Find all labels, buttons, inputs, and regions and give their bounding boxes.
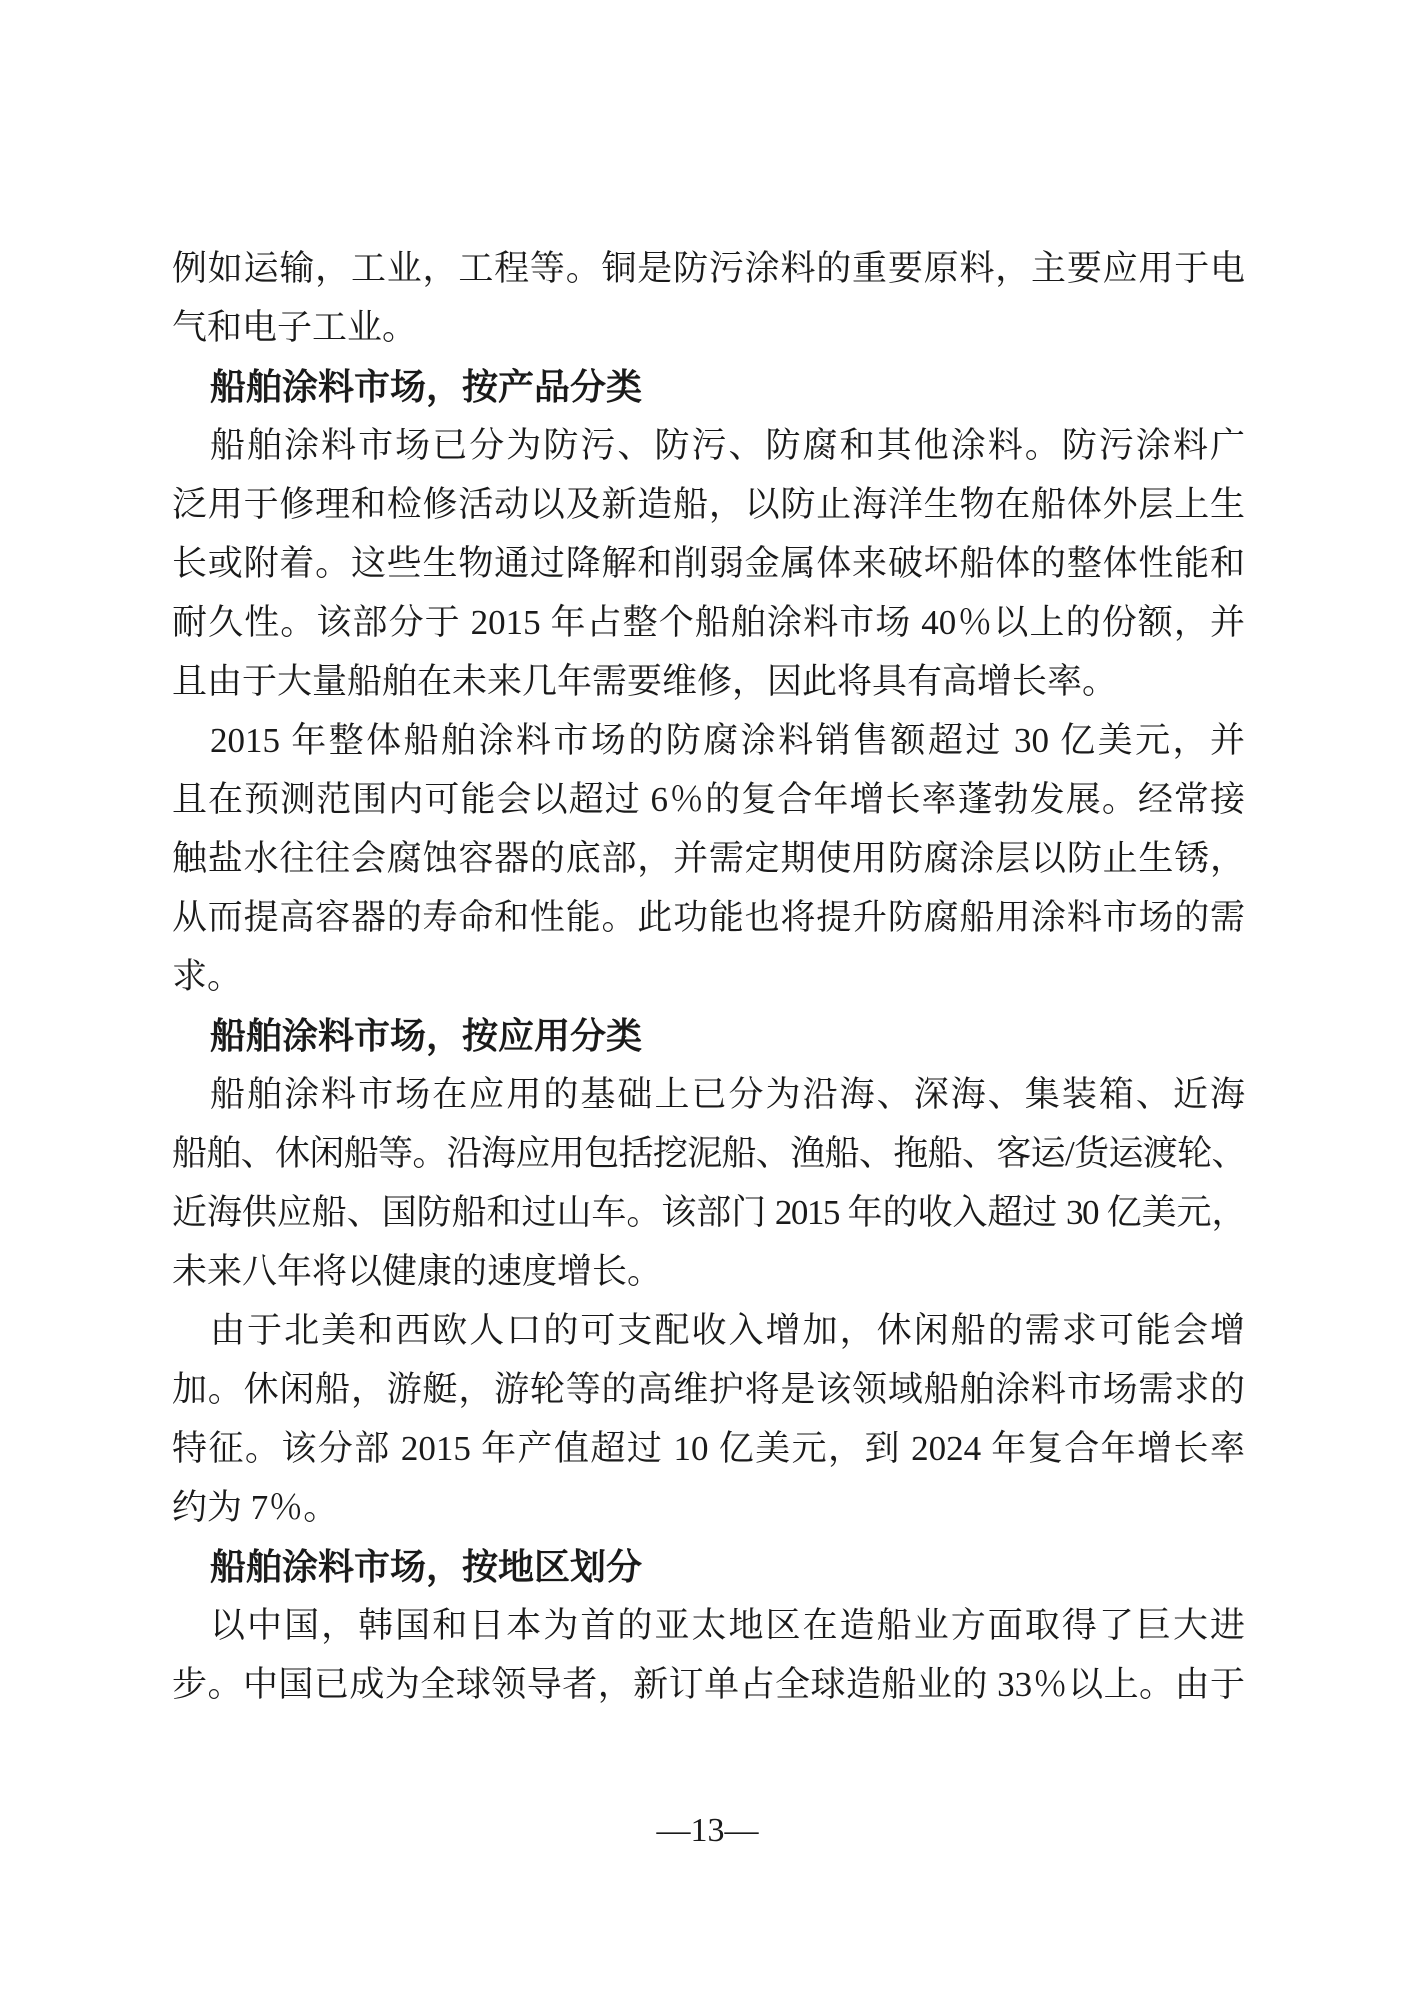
text-line: 加。休闲船，游艇，游轮等的高维护将是该领域船舶涂料市场需求的 bbox=[172, 1360, 1245, 1419]
text-line: 以中国，韩国和日本为首的亚太地区在造船业方面取得了巨大进 bbox=[172, 1596, 1245, 1655]
page-number: —13— bbox=[0, 1806, 1415, 1856]
text-line: 约为 7％。 bbox=[172, 1478, 1245, 1537]
text-line: 由于北美和西欧人口的可支配收入增加，休闲船的需求可能会增 bbox=[172, 1301, 1245, 1360]
section-heading: 船舶涂料市场，按产品分类 bbox=[172, 357, 1245, 416]
text-line: 气和电子工业。 bbox=[172, 298, 1245, 357]
text-line: 从而提高容器的寿命和性能。此功能也将提升防腐船用涂料市场的需 bbox=[172, 888, 1245, 947]
text-line: 泛用于修理和检修活动以及新造船，以防止海洋生物在船体外层上生 bbox=[172, 475, 1245, 534]
text-line: 求。 bbox=[172, 947, 1245, 1006]
text-line: 船舶、休闲船等。沿海应用包括挖泥船、渔船、拖船、客运/货运渡轮、 bbox=[172, 1124, 1245, 1183]
text-line: 船舶涂料市场在应用的基础上已分为沿海、深海、集装箱、近海 bbox=[172, 1065, 1245, 1124]
text-line: 特征。该分部 2015 年产值超过 10 亿美元，到 2024 年复合年增长率 bbox=[172, 1419, 1245, 1478]
text-line: 船舶涂料市场已分为防污、防污、防腐和其他涂料。防污涂料广 bbox=[172, 416, 1245, 475]
text-line: 且由于大量船舶在未来几年需要维修，因此将具有高增长率。 bbox=[172, 652, 1245, 711]
text-line: 未来八年将以健康的速度增长。 bbox=[172, 1242, 1245, 1301]
text-line: 且在预测范围内可能会以超过 6％的复合年增长率蓬勃发展。经常接 bbox=[172, 770, 1245, 829]
text-line: 例如运输，工业，工程等。铜是防污涂料的重要原料，主要应用于电 bbox=[172, 239, 1245, 298]
text-line: 耐久性。该部分于 2015 年占整个船舶涂料市场 40％以上的份额，并 bbox=[172, 593, 1245, 652]
section-heading: 船舶涂料市场，按地区划分 bbox=[172, 1537, 1245, 1596]
section-heading: 船舶涂料市场，按应用分类 bbox=[172, 1006, 1245, 1065]
document-page: 例如运输，工业，工程等。铜是防污涂料的重要原料，主要应用于电 气和电子工业。 船… bbox=[0, 0, 1415, 2000]
text-line: 触盐水往往会腐蚀容器的底部，并需定期使用防腐涂层以防止生锈， bbox=[172, 829, 1245, 888]
text-line: 2015 年整体船舶涂料市场的防腐涂料销售额超过 30 亿美元，并 bbox=[172, 711, 1245, 770]
text-line: 近海供应船、国防船和过山车。该部门 2015 年的收入超过 30 亿美元， bbox=[172, 1183, 1245, 1242]
text-line: 长或附着。这些生物通过降解和削弱金属体来破坏船体的整体性能和 bbox=[172, 534, 1245, 593]
document-text-block: 例如运输，工业，工程等。铜是防污涂料的重要原料，主要应用于电 气和电子工业。 船… bbox=[172, 239, 1245, 1714]
text-line: 步。中国已成为全球领导者，新订单占全球造船业的 33％以上。由于 bbox=[172, 1655, 1245, 1714]
